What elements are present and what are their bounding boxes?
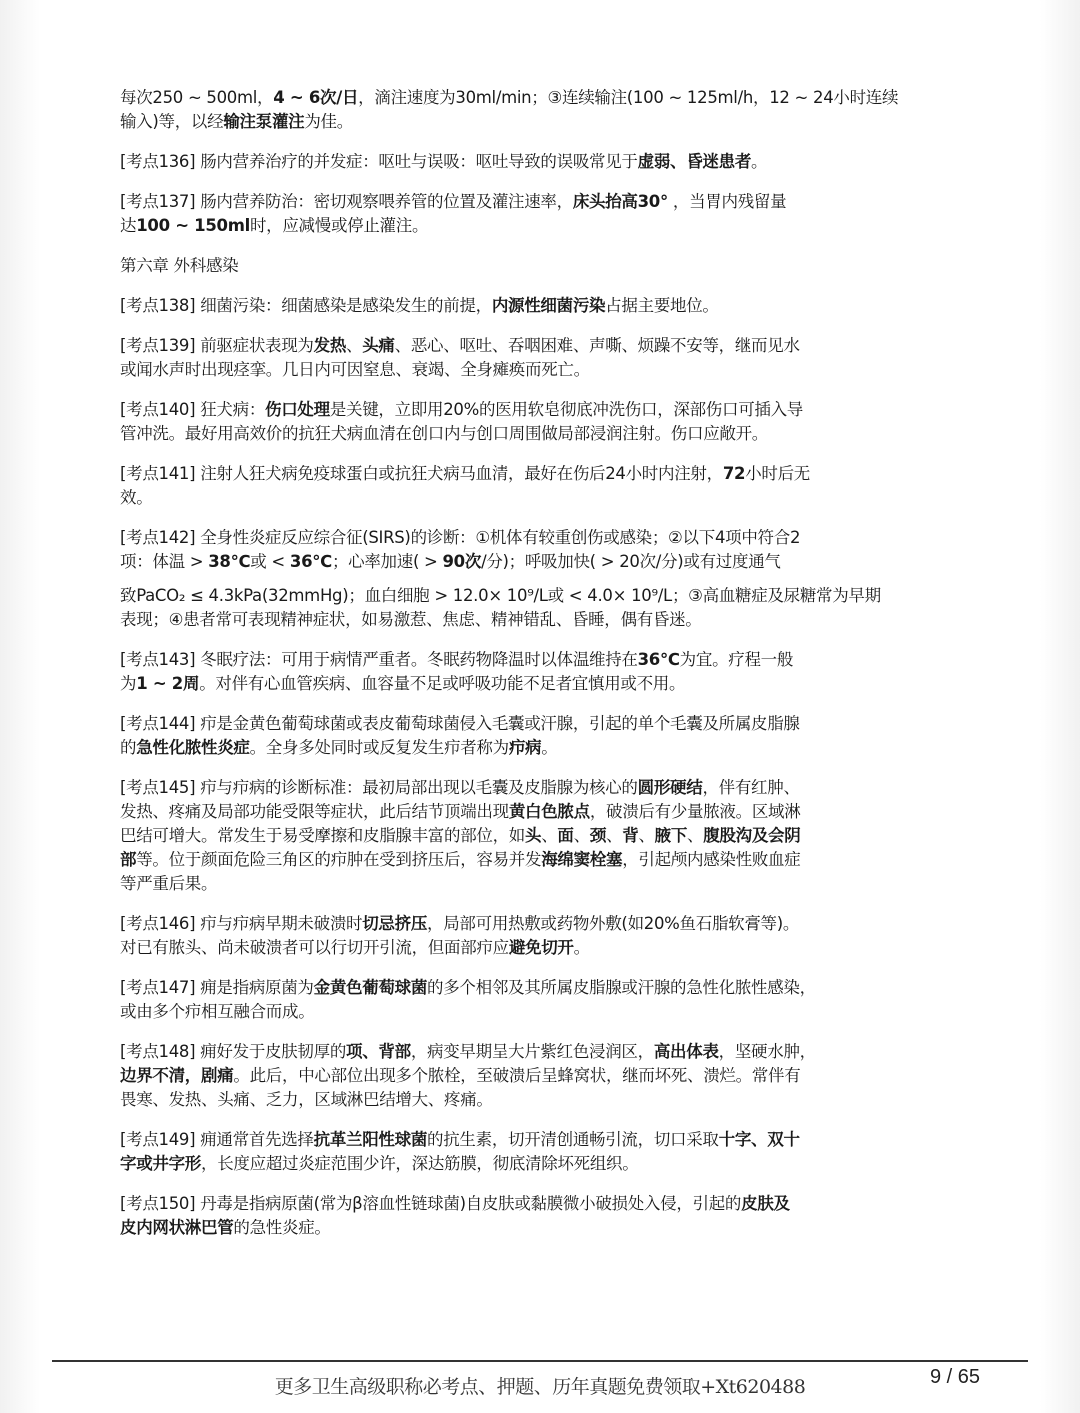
exam-point-148: [考点148] 痈好发于皮肤韧厚的项、背部，病变早期呈大片紫红色浸润区，高出体表… [120, 1040, 940, 1112]
bold-text-run: 虚弱、昏迷患者 [638, 152, 751, 171]
text-line: [考点142] 全身性炎症反应综合征(SIRS)的诊断：①机体有较重创伤或感染；… [120, 526, 940, 550]
text-run: 小时后无 [745, 464, 810, 483]
text-run: ；心率加速( > [332, 552, 443, 571]
text-run: ，引起颅内感染性败血症 [622, 850, 800, 869]
bold-text-run: 90次 [443, 552, 482, 571]
text-run: 表现；④患者常可表现精神症状，如易激惹、焦虑、精神错乱、昏睡，偶有昏迷。 [120, 610, 702, 629]
text-line: 或由多个疖相互融合而成。 [120, 1000, 940, 1024]
text-run: [考点139] 前驱症状表现为 [120, 336, 314, 355]
text-run: [考点136] 肠内营养治疗的并发症：呕吐与误吸：呕吐导致的误吸常见于 [120, 152, 638, 171]
text-line: 致PaCO₂ ≤ 4.3kPa(32mmHg)；血白细胞 > 12.0× 10⁹… [120, 584, 940, 608]
bold-text-run: 面 [557, 826, 573, 845]
text-line: [考点138] 细菌污染：细菌感染是感染发生的前提，内源性细菌污染占据主要地位。 [120, 294, 940, 318]
text-line: 巴结可增大。常发生于易受摩擦和皮脂腺丰富的部位，如头、面、颈、背、腋下、腹股沟及… [120, 824, 940, 848]
text-run: 、 [574, 826, 590, 845]
text-line: 管冲洗。最好用高效价的抗狂犬病血清在创口内与创口周围做局部浸润注射。伤口应敞开。 [120, 422, 940, 446]
text-run: [考点143] 冬眠疗法：可用于病情严重者。冬眠药物降温时以体温维持在 [120, 650, 638, 669]
exam-point-144: [考点144] 疖是金黄色葡萄球菌或表皮葡萄球菌侵入毛囊或汗腺，引起的单个毛囊及… [120, 712, 940, 760]
text-run: [考点141] 注射人狂犬病免疫球蛋白或抗狂犬病马血清，最好在伤后24小时内注射… [120, 464, 723, 483]
text-line: 项：体温 > 38℃或 < 36℃；心率加速( > 90次/分)；呼吸加快( >… [120, 550, 940, 574]
chapter-title: 第六章 外科感染 [120, 254, 940, 278]
text-run: [考点142] 全身性炎症反应综合征(SIRS)的诊断：①机体有较重创伤或感染；… [120, 528, 800, 547]
text-run: ，破溃后有少量脓液。区域淋 [590, 802, 801, 821]
exam-point-147: [考点147] 痈是指病原菌为金黄色葡萄球菌的多个相邻及其所属皮脂腺或汗腺的急性… [120, 976, 940, 1024]
text-run: 致PaCO₂ ≤ 4.3kPa(32mmHg)；血白细胞 > 12.0× 10⁹… [120, 586, 881, 605]
text-line: 皮内网状淋巴管的急性炎症。 [120, 1216, 940, 1240]
bold-text-run: 边界不清，剧痛 [120, 1066, 233, 1085]
text-line: [考点145] 疖与疖病的诊断标准：最初局部出现以毛囊及皮脂腺为核心的圆形硬结，… [120, 776, 940, 800]
bold-text-run: 1 ~ 2周 [136, 674, 199, 693]
text-line: [考点146] 疖与疖病早期未破溃时切忌挤压，局部可用热敷或药物外敷(如20%鱼… [120, 912, 940, 936]
text-run: /分)；呼吸加快( > 20次/分)或有过度通气 [481, 552, 781, 571]
text-run: 。全身多处同时或反复发生疖者称为 [250, 738, 509, 757]
text-run: 、 [541, 826, 557, 845]
page-number: 9 / 65 [930, 1366, 980, 1389]
text-run: 对已有脓头、尚未破溃者可以行切开引流，但面部疖应 [120, 938, 509, 957]
text-run: 。对伴有心血管疾病、血容量不足或呼吸功能不足者宜慎用或不用。 [199, 674, 685, 693]
bold-text-run: 字或井字形 [120, 1154, 201, 1173]
text-run: [考点137] 肠内营养防治：密切观察喂养管的位置及灌注速率， [120, 192, 573, 211]
bold-text-run: 内源性细菌污染 [492, 296, 605, 315]
text-run: 为 [120, 674, 136, 693]
text-line: [考点148] 痈好发于皮肤韧厚的项、背部，病变早期呈大片紫红色浸润区，高出体表… [120, 1040, 940, 1064]
footer-divider [52, 1360, 1028, 1362]
bold-text-run: 36℃ [290, 552, 332, 571]
bold-text-run: 背 [622, 826, 638, 845]
text-run: 等严重后果。 [120, 874, 217, 893]
text-run: ，长度应超过炎症范围少许，深达筋膜，彻底清除坏死组织。 [201, 1154, 638, 1173]
text-line: [考点137] 肠内营养防治：密切观察喂养管的位置及灌注速率，床头抬高30° ，… [120, 190, 940, 214]
bold-text-run: 急性化脓性炎症 [136, 738, 249, 757]
bold-text-run: 72 [723, 464, 745, 483]
text-line: 输入)等，以经输注泵灌注为佳。 [120, 110, 940, 134]
text-line: 效。 [120, 486, 940, 510]
bold-text-run: 腋下 [655, 826, 687, 845]
text-run: 是关键，立即用20%的医用软皂彻底冲洗伤口，深部伤口可插入导 [330, 400, 803, 419]
exam-point-145: [考点145] 疖与疖病的诊断标准：最初局部出现以毛囊及皮脂腺为核心的圆形硬结，… [120, 776, 940, 896]
text-run: 、 [638, 826, 654, 845]
text-run: [考点145] 疖与疖病的诊断标准：最初局部出现以毛囊及皮脂腺为核心的 [120, 778, 638, 797]
text-line: [考点147] 痈是指病原菌为金黄色葡萄球菌的多个相邻及其所属皮脂腺或汗腺的急性… [120, 976, 940, 1000]
bold-text-run: 颈 [590, 826, 606, 845]
exam-point-140: [考点140] 狂犬病：伤口处理是关键，立即用20%的医用软皂彻底冲洗伤口，深部… [120, 398, 940, 446]
text-run: 效。 [120, 488, 152, 507]
bold-text-run: 项、背部 [346, 1042, 411, 1061]
text-run: 管冲洗。最好用高效价的抗狂犬病血清在创口内与创口周围做局部浸润注射。伤口应敞开。 [120, 424, 768, 443]
text-line: [考点149] 痈通常首先选择抗革兰阳性球菌的抗生素，切开清创通畅引流，切口采取… [120, 1128, 940, 1152]
text-run: 、 [346, 336, 362, 355]
bold-text-run: 避免切开 [509, 938, 574, 957]
text-line: 为1 ~ 2周。对伴有心血管疾病、血容量不足或呼吸功能不足者宜慎用或不用。 [120, 672, 940, 696]
bold-text-run: 头痛 [362, 336, 394, 355]
text-run: 的急性炎症。 [233, 1218, 330, 1237]
bold-text-run: 抗革兰阳性球菌 [314, 1130, 427, 1149]
text-run: [考点149] 痈通常首先选择 [120, 1130, 314, 1149]
exam-point-141: [考点141] 注射人狂犬病免疫球蛋白或抗狂犬病马血清，最好在伤后24小时内注射… [120, 462, 940, 510]
text-line: 字或井字形，长度应超过炎症范围少许，深达筋膜，彻底清除坏死组织。 [120, 1152, 940, 1176]
text-run: 或闻水声时出现痉挛。几日内可因窒息、衰竭、全身瘫痪而死亡。 [120, 360, 590, 379]
points-before-chapter: [考点136] 肠内营养治疗的并发症：呕吐与误吸：呕吐导致的误吸常见于虚弱、昏迷… [120, 150, 940, 238]
text-line: [考点141] 注射人狂犬病免疫球蛋白或抗狂犬病马血清，最好在伤后24小时内注射… [120, 462, 940, 486]
text-run: 的抗生素，切开清创通畅引流，切口采取 [427, 1130, 719, 1149]
text-run: [考点144] 疖是金黄色葡萄球菌或表皮葡萄球菌侵入毛囊或汗腺，引起的单个毛囊及… [120, 714, 800, 733]
text-run: ，病变早期呈大片紫红色浸润区， [411, 1042, 654, 1061]
text-run: 的 [120, 738, 136, 757]
text-line: [考点139] 前驱症状表现为发热、头痛、恶心、呕吐、吞咽困难、声嘶、烦躁不安等… [120, 334, 940, 358]
text-run: 达 [120, 216, 136, 235]
text-line: [考点140] 狂犬病：伤口处理是关键，立即用20%的医用软皂彻底冲洗伤口，深部… [120, 398, 940, 422]
text-run: ，坚硬水肿， [719, 1042, 816, 1061]
bold-text-run: 伤口处理 [265, 400, 330, 419]
text-line: [考点136] 肠内营养治疗的并发症：呕吐与误吸：呕吐导致的误吸常见于虚弱、昏迷… [120, 150, 940, 174]
text-run: [考点140] 狂犬病： [120, 400, 265, 419]
text-run: 输入)等，以经 [120, 112, 223, 131]
exam-point-139: [考点139] 前驱症状表现为发热、头痛、恶心、呕吐、吞咽困难、声嘶、烦躁不安等… [120, 334, 940, 382]
text-run: ，当胃内残留量 [668, 192, 786, 211]
page-content: 每次250 ~ 500ml，4 ~ 6次/日，滴注速度为30ml/min；③连续… [120, 86, 940, 1256]
text-line: 对已有脓头、尚未破溃者可以行切开引流，但面部疖应避免切开。 [120, 936, 940, 960]
bold-text-run: 圆形硬结 [638, 778, 703, 797]
bold-text-run: 高出体表 [654, 1042, 719, 1061]
text-run: 发热、疼痛及局部功能受限等症状，此后结节顶端出现 [120, 802, 509, 821]
bold-text-run: 腹股沟及会阴 [703, 826, 800, 845]
bold-text-run: 疖病 [509, 738, 541, 757]
text-run: 占据主要地位。 [605, 296, 718, 315]
exam-point-137: [考点137] 肠内营养防治：密切观察喂养管的位置及灌注速率，床头抬高30° ，… [120, 190, 940, 238]
text-run: 为宜。疗程一般 [680, 650, 793, 669]
text-line: 每次250 ~ 500ml，4 ~ 6次/日，滴注速度为30ml/min；③连续… [120, 86, 940, 110]
bold-text-run: 黄白色脓点 [509, 802, 590, 821]
text-run: [考点147] 痈是指病原菌为 [120, 978, 314, 997]
exam-point-136: [考点136] 肠内营养治疗的并发症：呕吐与误吸：呕吐导致的误吸常见于虚弱、昏迷… [120, 150, 940, 174]
text-run: 。 [541, 738, 557, 757]
text-run: 。 [574, 938, 590, 957]
text-run: 巴结可增大。常发生于易受摩擦和皮脂腺丰富的部位，如 [120, 826, 525, 845]
exam-points-list: [考点138] 细菌污染：细菌感染是感染发生的前提，内源性细菌污染占据主要地位。… [120, 294, 940, 1240]
bold-text-run: 皮内网状淋巴管 [120, 1218, 233, 1237]
footer-promo-text: 更多卫生高级职称必考点、押题、历年真题免费领取+Xt620488 [0, 1372, 1080, 1399]
text-run: 、 [687, 826, 703, 845]
text-run: 时，应减慢或停止灌注。 [250, 216, 428, 235]
bold-text-run: 十字、双十 [719, 1130, 800, 1149]
exam-point-150: [考点150] 丹毒是指病原菌(常为β溶血性链球菌)自皮肤或黏膜微小破损处入侵，… [120, 1192, 940, 1240]
text-line: [考点150] 丹毒是指病原菌(常为β溶血性链球菌)自皮肤或黏膜微小破损处入侵，… [120, 1192, 940, 1216]
bold-text-run: 部 [120, 850, 136, 869]
text-run: [考点138] 细菌污染：细菌感染是感染发生的前提， [120, 296, 492, 315]
text-run: 项：体温 > [120, 552, 208, 571]
line-gap [120, 574, 940, 584]
bold-text-run: 切忌挤压 [362, 914, 427, 933]
text-run: ，局部可用热敷或药物外敷(如20%鱼石脂软膏等)。 [427, 914, 799, 933]
text-line: 或闻水声时出现痉挛。几日内可因窒息、衰竭、全身瘫痪而死亡。 [120, 358, 940, 382]
bold-text-run: 100 ~ 150ml [136, 216, 250, 235]
text-run: [考点150] 丹毒是指病原菌(常为β溶血性链球菌)自皮肤或黏膜微小破损处入侵，… [120, 1194, 741, 1213]
bold-text-run: 36℃ [638, 650, 680, 669]
text-line: 表现；④患者常可表现精神症状，如易激惹、焦虑、精神错乱、昏睡，偶有昏迷。 [120, 608, 940, 632]
text-line: 畏寒、发热、头痛、乏力，区域淋巴结增大、疼痛。 [120, 1088, 940, 1112]
text-line: 发热、疼痛及局部功能受限等症状，此后结节顶端出现黄白色脓点，破溃后有少量脓液。区… [120, 800, 940, 824]
text-run: 为佳。 [304, 112, 353, 131]
text-run: 或 < [250, 552, 290, 571]
text-run: 或由多个疖相互融合而成。 [120, 1002, 314, 1021]
exam-point-143: [考点143] 冬眠疗法：可用于病情严重者。冬眠药物降温时以体温维持在36℃为宜… [120, 648, 940, 696]
text-line: 的急性化脓性炎症。全身多处同时或反复发生疖者称为疖病。 [120, 736, 940, 760]
text-line: 部等。位于颜面危险三角区的疖肿在受到挤压后，容易并发海绵窦栓塞，引起颅内感染性败… [120, 848, 940, 872]
text-run: 的多个相邻及其所属皮脂腺或汗腺的急性化脓性感染， [427, 978, 816, 997]
bold-text-run: 金黄色葡萄球菌 [314, 978, 427, 997]
exam-point-138: [考点138] 细菌污染：细菌感染是感染发生的前提，内源性细菌污染占据主要地位。 [120, 294, 940, 318]
text-run: 畏寒、发热、头痛、乏力，区域淋巴结增大、疼痛。 [120, 1090, 493, 1109]
bold-text-run: 海绵窦栓塞 [541, 850, 622, 869]
text-run: 等。位于颜面危险三角区的疖肿在受到挤压后，容易并发 [136, 850, 541, 869]
text-run: ，伴有红肿、 [702, 778, 799, 797]
exam-point-149: [考点149] 痈通常首先选择抗革兰阳性球菌的抗生素，切开清创通畅引流，切口采取… [120, 1128, 940, 1176]
bold-text-run: 输注泵灌注 [223, 112, 304, 131]
bold-text-run: 38℃ [208, 552, 250, 571]
text-line: 边界不清，剧痛。此后，中心部位出现多个脓栓，至破溃后呈蜂窝状，继而坏死、溃烂。常… [120, 1064, 940, 1088]
text-run: [考点148] 痈好发于皮肤韧厚的 [120, 1042, 346, 1061]
bold-text-run: 4 ~ 6次/日 [273, 88, 358, 107]
text-run: [考点146] 疖与疖病早期未破溃时 [120, 914, 362, 933]
continuation-paragraph: 每次250 ~ 500ml，4 ~ 6次/日，滴注速度为30ml/min；③连续… [120, 86, 940, 134]
bold-text-run: 床头抬高30° [573, 192, 668, 211]
text-line: 等严重后果。 [120, 872, 940, 896]
text-run: 。 [751, 152, 767, 171]
exam-point-146: [考点146] 疖与疖病早期未破溃时切忌挤压，局部可用热敷或药物外敷(如20%鱼… [120, 912, 940, 960]
bold-text-run: 发热 [314, 336, 346, 355]
exam-point-142: [考点142] 全身性炎症反应综合征(SIRS)的诊断：①机体有较重创伤或感染；… [120, 526, 940, 632]
text-line: 达100 ~ 150ml时，应减慢或停止灌注。 [120, 214, 940, 238]
text-run: 、 [606, 826, 622, 845]
bold-text-run: 皮肤及 [741, 1194, 790, 1213]
text-run: ，滴注速度为30ml/min；③连续输注(100 ~ 125ml/h，12 ~ … [358, 88, 898, 107]
bold-text-run: 头 [525, 826, 541, 845]
text-line: [考点143] 冬眠疗法：可用于病情严重者。冬眠药物降温时以体温维持在36℃为宜… [120, 648, 940, 672]
document-page: 每次250 ~ 500ml，4 ~ 6次/日，滴注速度为30ml/min；③连续… [0, 0, 1080, 1413]
text-run: 每次250 ~ 500ml， [120, 88, 273, 107]
text-line: [考点144] 疖是金黄色葡萄球菌或表皮葡萄球菌侵入毛囊或汗腺，引起的单个毛囊及… [120, 712, 940, 736]
text-run: 、恶心、呕吐、吞咽困难、声嘶、烦躁不安等，继而见水 [395, 336, 800, 355]
text-run: 。此后，中心部位出现多个脓栓，至破溃后呈蜂窝状，继而坏死、溃烂。常伴有 [233, 1066, 800, 1085]
